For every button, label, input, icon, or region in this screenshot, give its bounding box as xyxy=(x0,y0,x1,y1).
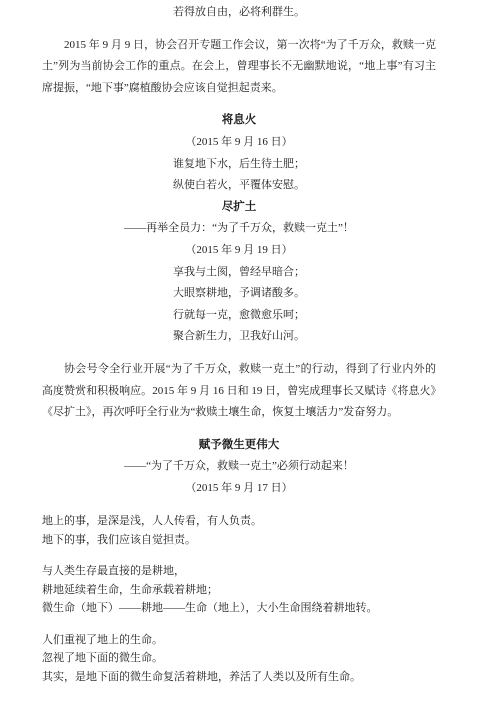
text-line-left: 微生命（地下）——耕地——生命（地上），大小生命围绕着耕地转。 xyxy=(42,599,436,618)
text-line-centered: 行就每一克，愈微愈乐呵； xyxy=(42,305,436,327)
text-line-centered: 聚合新生力，卫我好山河。 xyxy=(42,326,436,348)
section-heading: 赋予微生更伟大 xyxy=(42,435,436,457)
document-page: 若得放自由，必将利群生。2015 年 9 月 9 日，协会召开专题工作会议，第一… xyxy=(0,0,478,720)
text-line-left: 与人类生存最直接的是耕地， xyxy=(42,562,436,581)
text-line-centered: 享我与土阂，曾经早暗合； xyxy=(42,262,436,284)
section-heading: 将息火 xyxy=(42,110,436,132)
blank-line xyxy=(42,618,436,631)
text-line-centered: 大眼察耕地，予调诸酸多。 xyxy=(42,283,436,305)
text-line-centered: 谁复地下水，后生待土肥； xyxy=(42,154,436,176)
text-line-centered: ——“为了千万众，救赎一克土”必须行动起来！ xyxy=(42,456,436,478)
text-line-left: 其实，是地下面的微生命复活着耕地，养活了人类以及所有生命。 xyxy=(42,668,436,687)
blank-line xyxy=(42,499,436,512)
body-paragraph: 2015 年 9 月 9 日，协会召开专题工作会议，第一次将“为了千万众，救赎一… xyxy=(42,35,436,100)
body-paragraph: 协会号令全行业开展“为了千万众，救赎一克土”的行动，得到了行业内外的高度赞赏和积… xyxy=(42,359,436,424)
text-line-left: 地下的事，我们应该自觉担责。 xyxy=(42,531,436,550)
text-line-centered: 纵使白若火，平覆体安慰。 xyxy=(42,175,436,197)
text-line-left: 人们重视了地上的生命。 xyxy=(42,631,436,650)
text-line-left: 忽视了地下面的微生命。 xyxy=(42,649,436,668)
text-line-centered: （2015 年 9 月 16 日） xyxy=(42,132,436,154)
document-body: 若得放自由，必将利群生。2015 年 9 月 9 日，协会召开专题工作会议，第一… xyxy=(42,2,436,686)
section-heading: 尽扩土 xyxy=(42,197,436,219)
text-line-left: 耕地延续着生命，生命承载着耕地； xyxy=(42,581,436,600)
text-line-centered: 若得放自由，必将利群生。 xyxy=(42,2,436,24)
text-line-centered: ——再举全员力：“为了千万众，救赎一克土”！ xyxy=(42,218,436,240)
text-line-left: 地上的事，是深是浅，人人传看，有人负责。 xyxy=(42,512,436,531)
text-line-centered: （2015 年 9 月 19 日） xyxy=(42,240,436,262)
blank-line xyxy=(42,549,436,562)
text-line-centered: （2015 年 9 月 17 日） xyxy=(42,478,436,500)
